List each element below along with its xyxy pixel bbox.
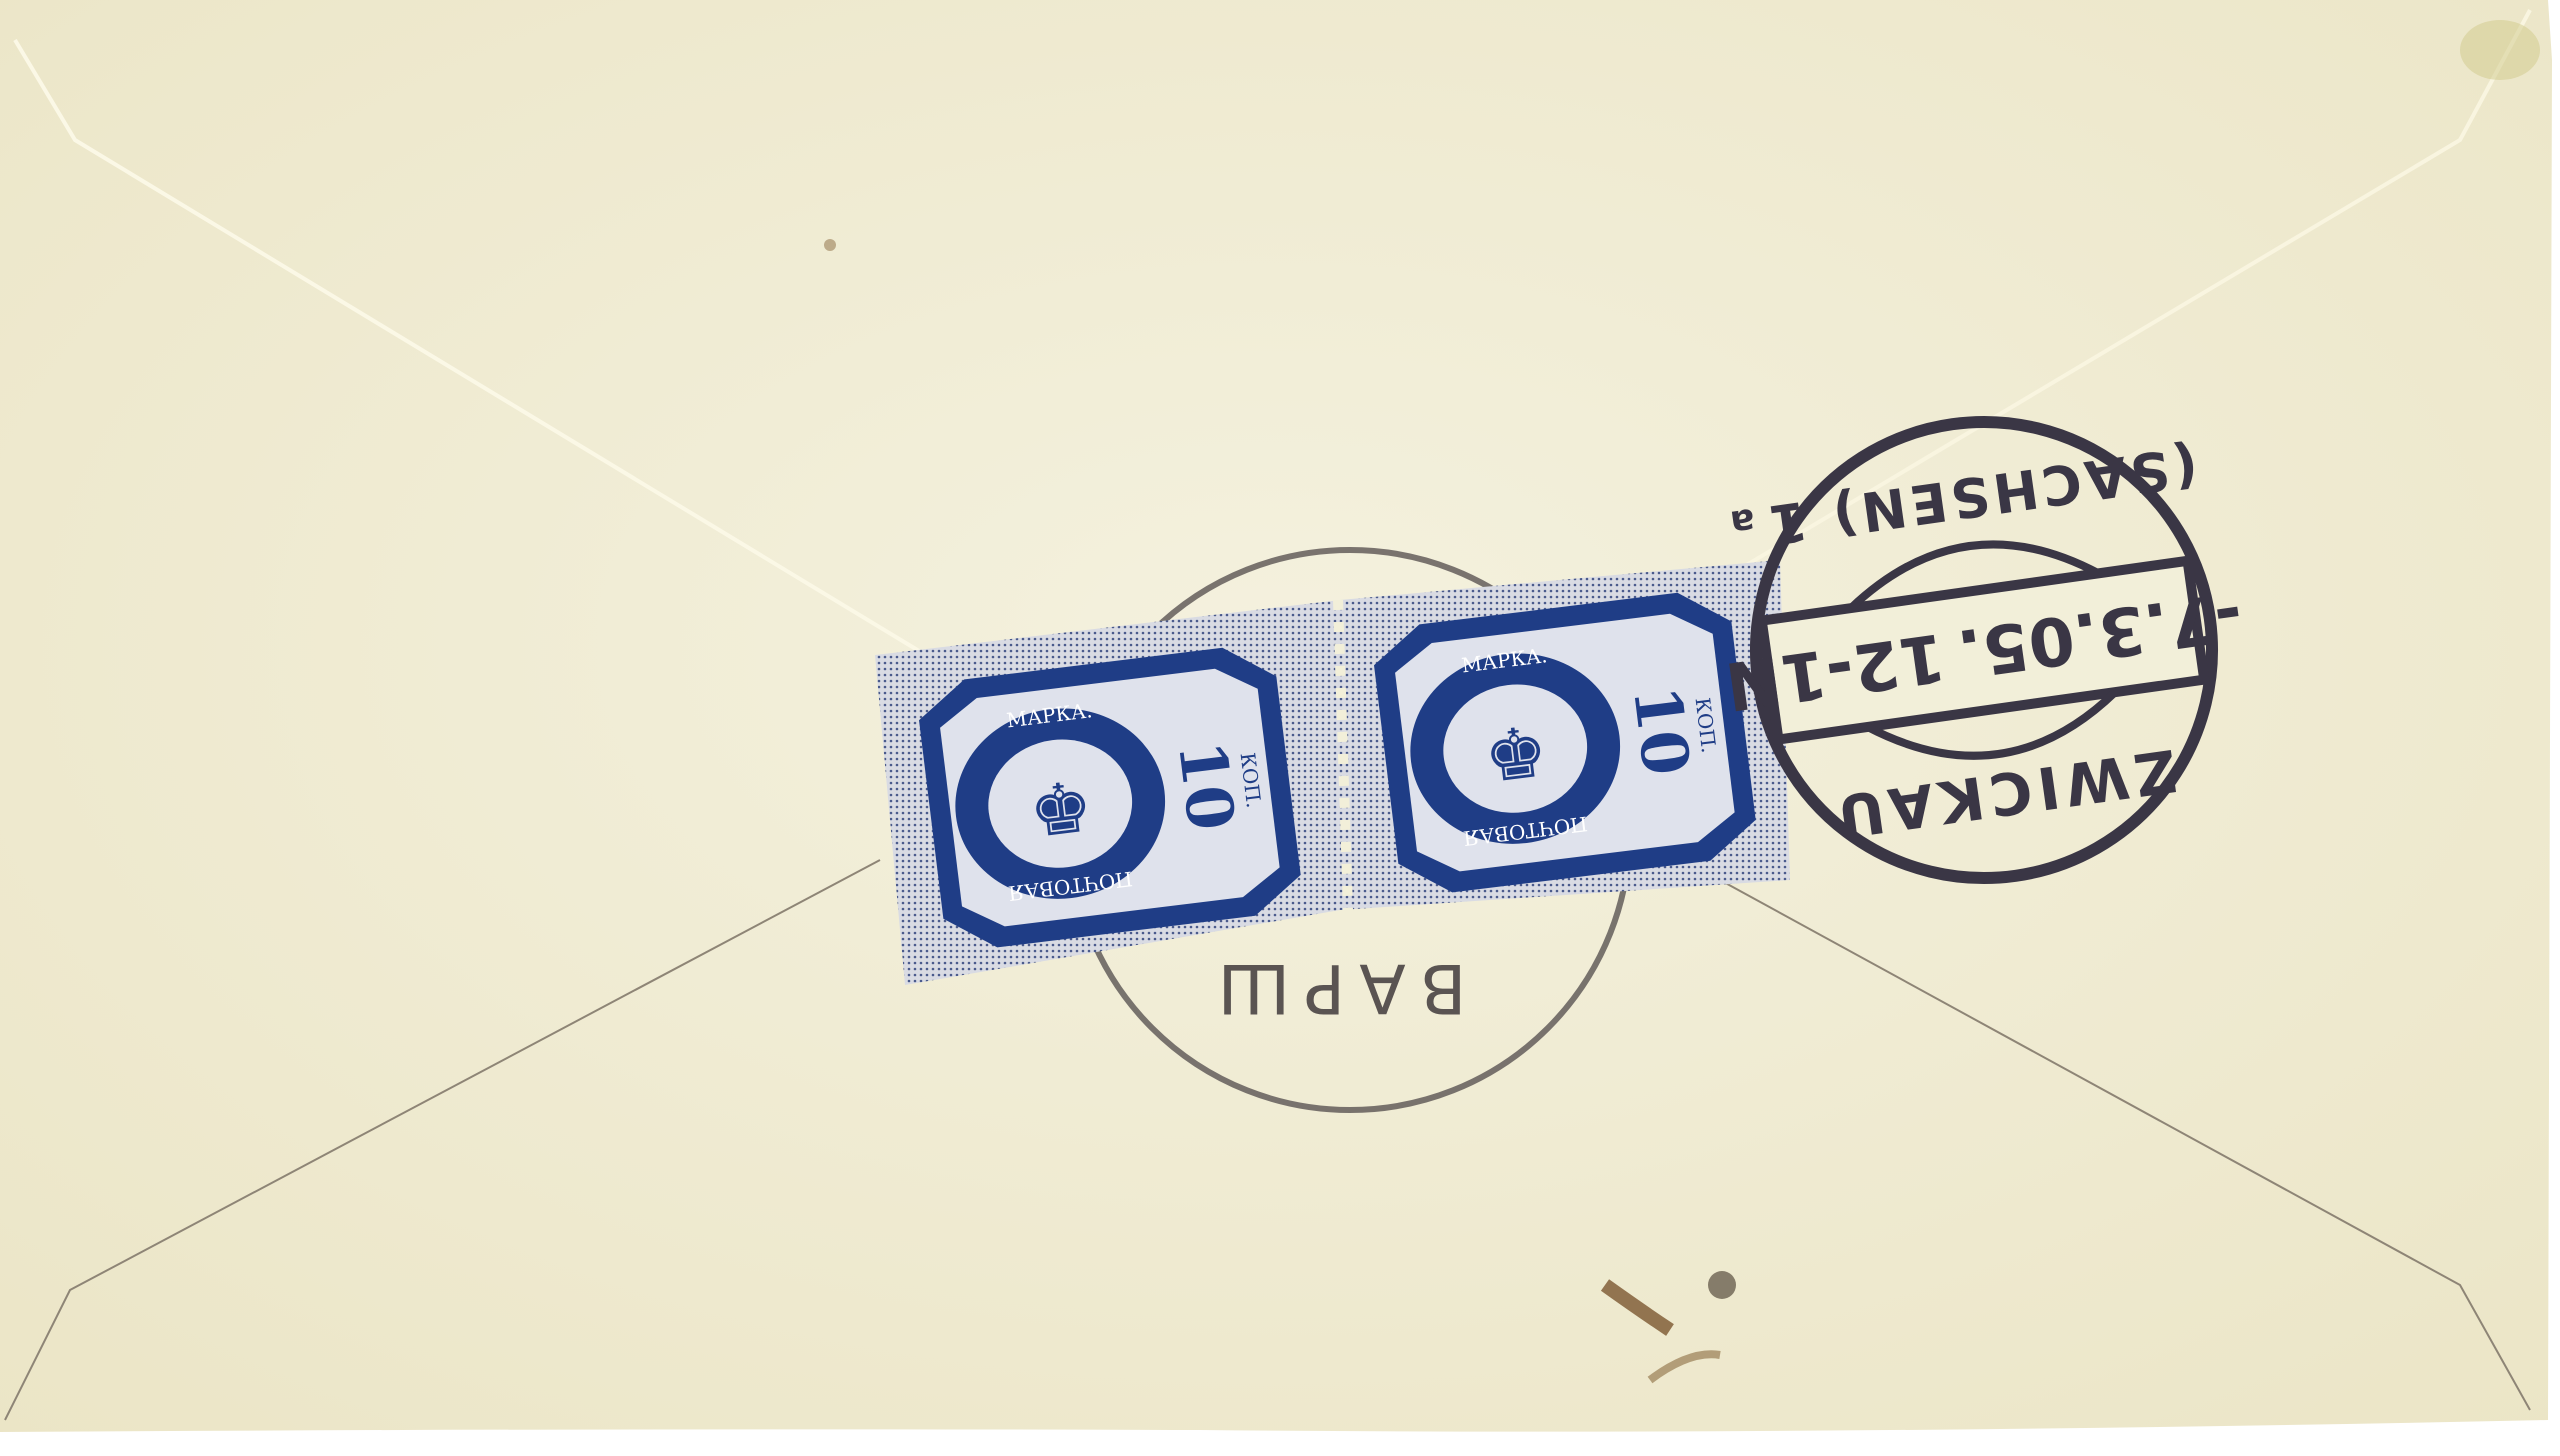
warsaw-postmark-text: ВАРШ	[1204, 948, 1467, 1027]
stamp-1: ♚ МАРКА. ПОЧТОВАЯ 10 КОП.	[915, 642, 1305, 954]
stamp-value: 10	[1618, 682, 1703, 780]
stamp-2: ♚ МАРКА. ПОЧТОВАЯ 10 КОП.	[1370, 587, 1760, 899]
eagle-icon: ♚	[1025, 765, 1097, 854]
stain	[2460, 20, 2540, 80]
stain	[824, 239, 836, 251]
stamp-value: 10	[1163, 737, 1248, 835]
envelope-scan: ВАРШ ♚ МАРКА. ПОЧТОВАЯ 10 КОП. ♚ МАРКА.	[0, 0, 2560, 1456]
eagle-icon: ♚	[1480, 710, 1552, 799]
stain	[1708, 1271, 1736, 1299]
